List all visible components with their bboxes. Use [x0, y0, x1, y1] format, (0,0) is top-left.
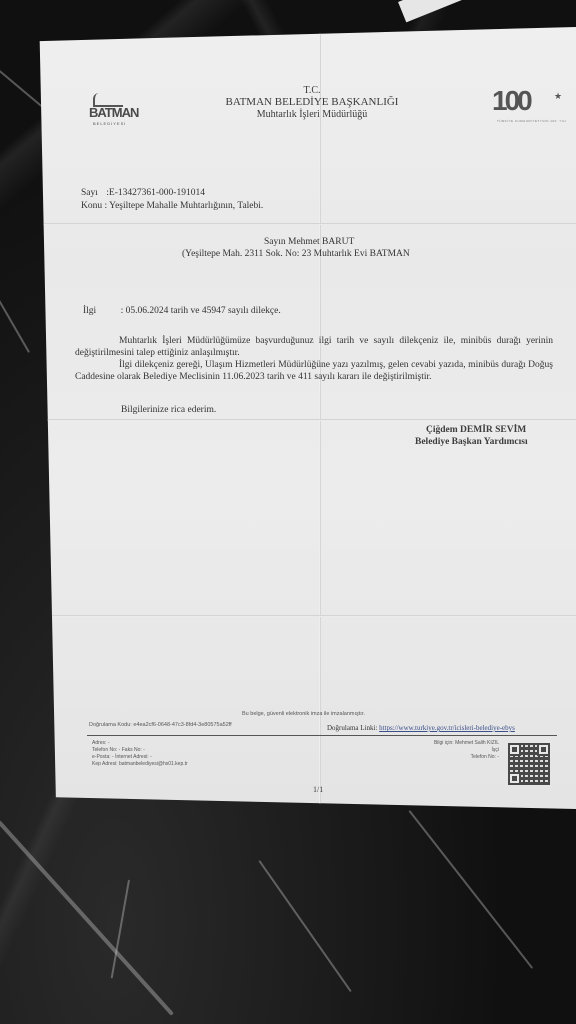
body-paragraph-2: İlgi dilekçeniz gereği, Ulaşım Hizmetler…: [75, 360, 553, 383]
sayi-value: :E-13427361-000-191014: [106, 188, 205, 198]
ilgi-label: İlgi: [83, 306, 96, 316]
batman-municipality-logo: BATMAN BELEDİYESİ: [87, 91, 142, 131]
fold-line-vertical: [319, 27, 321, 809]
verification-link-row: Doğrulama Linki: https://www.turkiye.gov…: [327, 724, 515, 732]
signatory-name: Çiğdem DEMİR SEVİM: [426, 425, 526, 437]
contact-left: Adres: - Telefon No: - Faks No: - e-Post…: [92, 740, 188, 768]
fold-line-horizontal: [37, 223, 576, 225]
ilgi-row: İlgi : 05.06.2024 tarih ve 45947 sayılı …: [83, 306, 281, 318]
recipient-name: Sayın Mehmet BARUT: [264, 237, 354, 249]
footer-divider: [87, 735, 557, 736]
page-number: 1/1: [313, 785, 323, 794]
fold-line-horizontal: [37, 419, 576, 421]
republic-100-years-logo: 100 ★ TÜRKİYE CUMHURİYETİ'NİN 100. YILI: [492, 85, 562, 125]
verification-code: e4ea2cf6-0648-47c3-8fd4-3e80575a52ff: [133, 722, 231, 728]
header-institution: BATMAN BELEDİYE BAŞKANLIĞI: [187, 96, 437, 108]
contact-right: Bilgi için: Mehmet Salih KIZIL İşçi Tele…: [399, 740, 499, 761]
fold-line-horizontal: [37, 615, 576, 617]
konu-value: : Yeşiltepe Mahalle Muhtarlığının, Taleb…: [105, 201, 264, 211]
qr-code-icon: [508, 743, 550, 785]
verification-link[interactable]: https://www.turkiye.gov.tr/icisleri-bele…: [379, 724, 515, 732]
official-letter: BATMAN BELEDİYESİ 100 ★ TÜRKİYE CUMHURİY…: [37, 27, 576, 809]
konu-label: Konu: [81, 201, 102, 211]
star-icon: ★: [554, 91, 562, 102]
closing-line: Bilgilerinize rica ederim.: [121, 405, 216, 417]
verification-code-row: Doğrulama Kodu: e4ea2cf6-0648-47c3-8fd4-…: [89, 722, 232, 728]
header-department: Muhtarlık İşleri Müdürlüğü: [187, 109, 437, 120]
body-paragraph-1: Muhtarlık İşleri Müdürlüğümüze başvurduğ…: [75, 336, 553, 359]
sayi-label: Sayı: [81, 188, 98, 198]
recipient-address: (Yeşiltepe Mah. 2311 Sok. No: 23 Muhtarl…: [182, 249, 410, 261]
ilgi-value: : 05.06.2024 tarih ve 45947 sayılı dilek…: [121, 306, 281, 316]
konu-row: Konu : Yeşiltepe Mahalle Muhtarlığının, …: [81, 201, 263, 213]
signatory-title: Belediye Başkan Yardımcısı: [415, 437, 528, 449]
sayi-row: Sayı :E-13427361-000-191014: [81, 188, 205, 200]
esign-note: Bu belge, güvenli elektronik imza ile im…: [242, 711, 365, 717]
header-tc: T.C.: [187, 85, 437, 96]
